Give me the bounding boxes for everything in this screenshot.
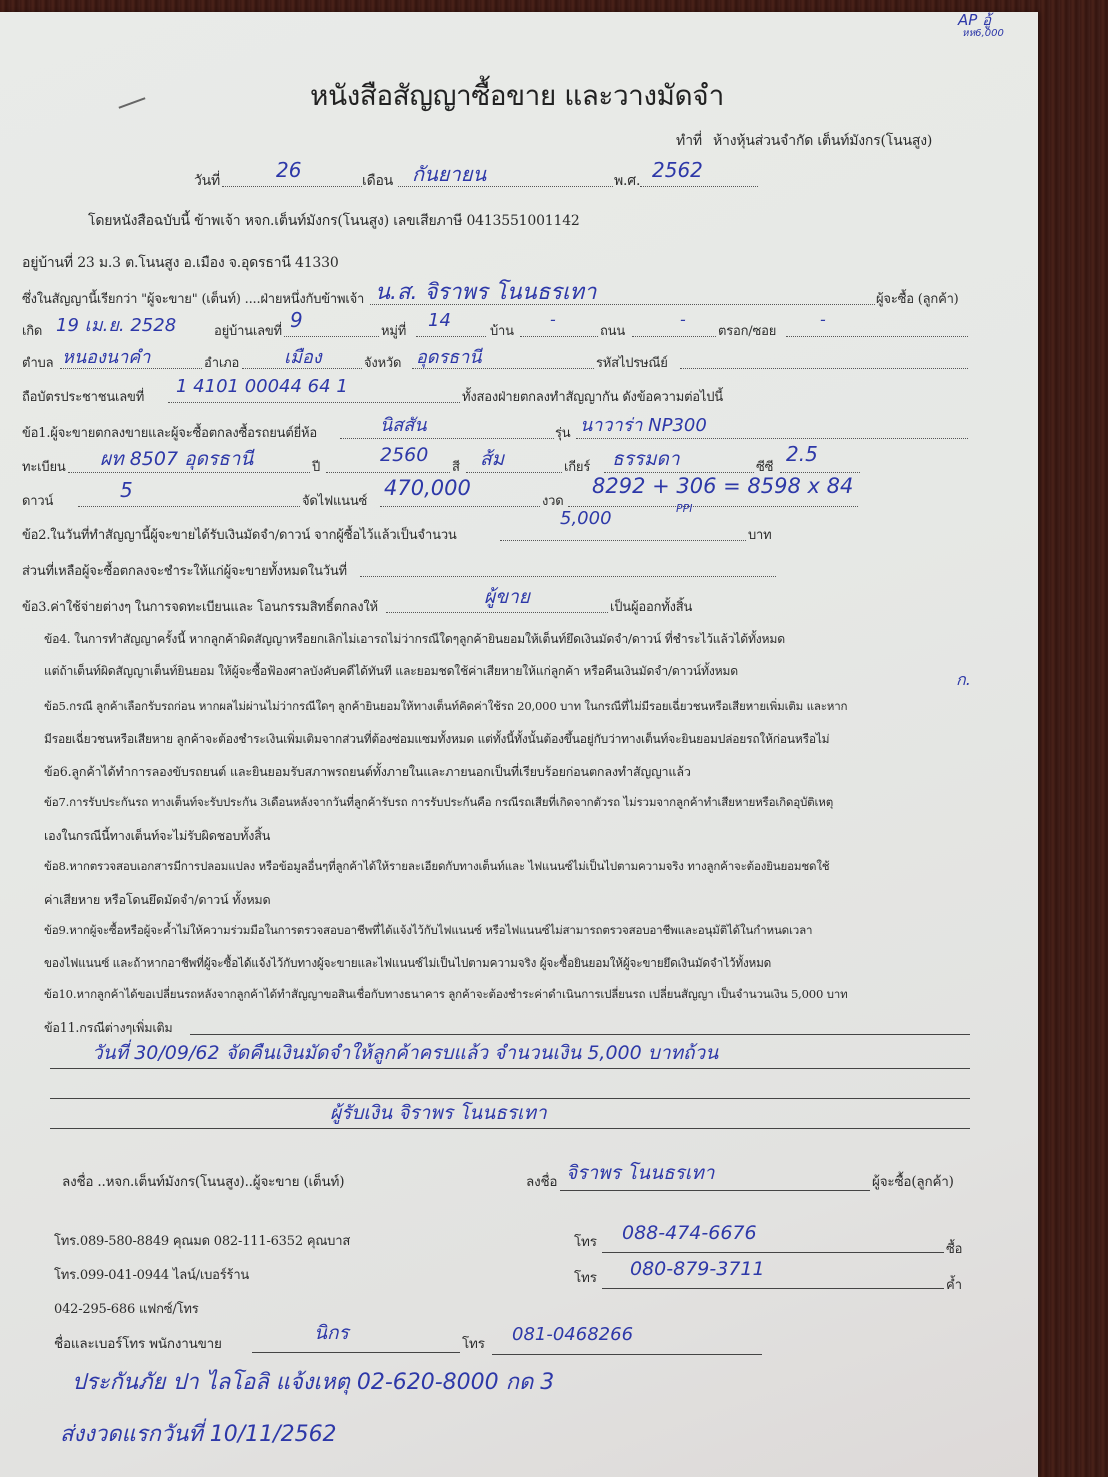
village-value: - xyxy=(550,310,556,329)
guarantor-tel: 080-879-3711 xyxy=(630,1258,765,1280)
day-label: วันที่ xyxy=(194,170,220,192)
clause3-suffix: เป็นผู้ออกทั้งสิ้น xyxy=(610,596,692,617)
province-value: อุดรธานี xyxy=(416,342,482,371)
document-title: หนังสือสัญญาซื้อขาย และวางมัดจำ xyxy=(310,74,724,118)
deposit-unit: บาท xyxy=(748,524,772,545)
born-value: 19 เม.ย. 2528 xyxy=(56,310,176,339)
soi-value: - xyxy=(820,310,826,329)
clause1-label: ข้อ1.ผู้จะขายตกลงขายและผู้จะซื้อตกลงซื้อ… xyxy=(22,422,317,443)
year-label: พ.ศ. xyxy=(614,170,640,192)
contract-paper: AP อู้ หห6,000 หนังสือสัญญาซื้อขาย และวา… xyxy=(0,12,1038,1477)
plate-value: ผท 8507 อุดรธานี xyxy=(100,444,253,474)
clause-text: แต่ถ้าเต็นท์ผิดสัญญาเต็นท์ยินยอม ให้ผู้จ… xyxy=(44,662,738,681)
id-number: 1 4101 00044 64 1 xyxy=(176,376,348,397)
seller-address: อยู่บ้านที่ 23 ม.3 ต.โนนสูง อ.เมือง จ.อุ… xyxy=(22,252,339,274)
clause-text: ข้อ5.กรณี ลูกค้าเลือกรับรถก่อน หากผลไม่ผ… xyxy=(44,698,847,716)
remaining-label: ส่วนที่เหลือผู้จะซื้อตกลงจะชำระให้แก่ผู้… xyxy=(22,560,347,581)
clause-text: ข้อ7.การรับประกันรถ ทางเต็นท์จะรับประกัน… xyxy=(44,794,833,812)
buyer-label: ผู้จะซื้อ (ลูกค้า) xyxy=(876,288,959,309)
clause11-note-receiver: ผู้รับเงิน จิราพร โนนธรเทา xyxy=(330,1098,547,1128)
guarantor-tel-suffix: ค้ำ xyxy=(946,1274,962,1295)
id-suffix: ทั้งสองฝ่ายตกลงทำสัญญากัน ดังข้อความต่อไ… xyxy=(462,386,723,407)
clause-text: ข้อ9.หากผู้จะซื้อหรือผู้จะค้ำไม่ให้ความร… xyxy=(44,922,812,940)
moo-value: 14 xyxy=(428,310,451,331)
color-label: สี xyxy=(452,456,460,477)
car-cc: 2.5 xyxy=(786,442,818,466)
handwritten-mark: ก. xyxy=(956,668,971,693)
born-label: เกิด xyxy=(22,320,42,341)
fee-payer: ผู้ขาย xyxy=(484,582,530,612)
installment-value: 8292 + 306 = 8598 x 84 xyxy=(592,474,853,498)
pen-mark xyxy=(119,97,146,108)
finance-label: จัดไฟแนนซ์ xyxy=(302,490,367,511)
car-year: 2560 xyxy=(380,444,428,466)
district-label: อำเภอ xyxy=(204,352,239,373)
month-label: เดือน xyxy=(362,170,393,192)
house-no-label: อยู่บ้านเลขที่ xyxy=(214,320,282,341)
car-model: นาวาร่า NP300 xyxy=(580,410,707,439)
sales-label: ชื่อและเบอร์โทร พนักงานขาย xyxy=(54,1332,222,1354)
buyer-tel-suffix: ซื้อ xyxy=(946,1238,962,1259)
shop-line: โทร.099-041-0944 ไลน์/เบอร์ร้าน xyxy=(54,1264,249,1285)
seller-definition: ซึ่งในสัญญานี้เรียกว่า "ผู้จะขาย" (เต็นท… xyxy=(22,288,364,309)
buyer-sign-prefix: ลงชื่อ xyxy=(526,1170,557,1192)
soi-label: ตรอก/ซอย xyxy=(718,320,776,341)
plate-label: ทะเบียน xyxy=(22,456,66,477)
first-payment-note: ส่งงวดแรกวันที่ 10/11/2562 xyxy=(60,1416,337,1451)
clause-text: ข้อ8.หากตรวจสอบเอกสารมีการปลอมแปลง หรือข… xyxy=(44,858,829,876)
village-label: บ้าน xyxy=(490,320,514,341)
subdistrict-label: ตำบล xyxy=(22,352,53,373)
finance-value: 470,000 xyxy=(384,476,471,500)
made-at: ห้างหุ้นส่วนจำกัด เต็นท์มังกร(โนนสูง) xyxy=(713,130,932,152)
year-value: 2562 xyxy=(652,158,703,182)
buyer-tel: 088-474-6676 xyxy=(622,1222,757,1244)
clause-text: ข้อ10.หากลูกค้าได้ขอเปลี่ยนรถหลังจากลูกค… xyxy=(44,986,848,1004)
insurance-note: ประกันภัย ปา ไลโอลิ แจ้งเหตุ 02-620-8000… xyxy=(72,1364,554,1399)
clause-text: ของไฟแนนซ์ และถ้าหากอาชีพที่ผู้จะซื้อได้… xyxy=(44,954,771,973)
clause-text: ค่าเสียหาย หรือโดนยึดมัดจำ/ดาวน์ ทั้งหมด xyxy=(44,890,271,910)
clause-text: ข้อ6.ลูกค้าได้ทำการลองขับรถยนต์ และยินยอ… xyxy=(44,762,691,782)
installment-note: PPI xyxy=(676,502,693,515)
down-label: ดาวน์ xyxy=(22,490,53,511)
car-gear: ธรรมดา xyxy=(612,444,680,474)
clause-text: ข้อ4. ในการทำสัญญาครั้งนี้ หากลูกค้าผิดส… xyxy=(44,630,785,649)
intro-line: โดยหนังสือฉบับนี้ ข้าพเจ้า หจก.เต็นท์มัง… xyxy=(88,210,580,232)
year-car-label: ปี xyxy=(312,456,320,477)
buyer-tel-label: โทร xyxy=(574,1230,597,1252)
subdistrict-value: หนองนาคำ xyxy=(62,342,150,371)
sales-name: นิกร xyxy=(314,1318,349,1348)
province-label: จังหวัด xyxy=(364,352,401,373)
day-value: 26 xyxy=(276,158,301,182)
id-label: ถือบัตรประชาชนเลขที่ xyxy=(22,386,144,407)
buyer-name: น.ส. จิราพร โนนธรเทา xyxy=(375,274,596,309)
made-at-label: ทำที่ xyxy=(676,130,702,152)
moo-label: หมู่ที่ xyxy=(381,320,406,341)
postcode-label: รหัสไปรษณีย์ xyxy=(596,352,668,373)
sales-tel-label: โทร xyxy=(462,1332,485,1354)
shop-fax: 042-295-686 แฟกซ์/โทร xyxy=(54,1298,199,1319)
down-value: 5 xyxy=(120,478,133,502)
deposit-amount: 5,000 xyxy=(560,508,612,529)
clause11-label: ข้อ11.กรณีต่างๆเพิ่มเติม xyxy=(44,1018,173,1038)
car-color: ส้ม xyxy=(480,444,504,474)
buyer-signature: จิราพร โนนธรเทา xyxy=(566,1158,714,1188)
guarantor-tel-label: โทร xyxy=(574,1266,597,1288)
shop-phones: โทร.089-580-8849 คุณมด 082-111-6352 คุณบ… xyxy=(54,1230,350,1251)
month-value: กันยายน xyxy=(412,158,486,190)
model-label: รุ่น xyxy=(555,422,570,443)
clause-text: เองในกรณีนี้ทางเต็นท์จะไม่รับผิดชอบทั้งส… xyxy=(44,826,270,846)
house-no: 9 xyxy=(290,308,303,332)
clause3-label: ข้อ3.ค่าใช้จ่ายต่างๆ ในการจดทะเบียนและ โ… xyxy=(22,596,378,617)
corner-note-amount: หห6,000 xyxy=(962,26,1004,41)
gear-label: เกียร์ xyxy=(564,456,590,477)
sales-tel: 081-0468266 xyxy=(512,1324,633,1345)
buyer-sign-suffix: ผู้จะซื้อ(ลูกค้า) xyxy=(872,1170,954,1192)
clause2-label: ข้อ2.ในวันที่ทำสัญญานี้ผู้จะขายได้รับเงิ… xyxy=(22,524,457,545)
clause11-note-refund: วันที่ 30/09/62 จัดคืนเงินมัดจำให้ลูกค้า… xyxy=(92,1038,718,1068)
road-label: ถนน xyxy=(600,320,625,341)
district-value: เมือง xyxy=(284,342,322,371)
car-brand: นิสสัน xyxy=(380,410,427,439)
seller-signature: ลงชื่อ ..หจก.เต็นท์มังกร(โนนสูง)..ผู้จะข… xyxy=(62,1170,344,1192)
road-value: - xyxy=(680,310,686,329)
clause-text: มีรอยเฉี่ยวชนหรือเสียหาย ลูกค้าจะต้องชำร… xyxy=(44,730,829,749)
